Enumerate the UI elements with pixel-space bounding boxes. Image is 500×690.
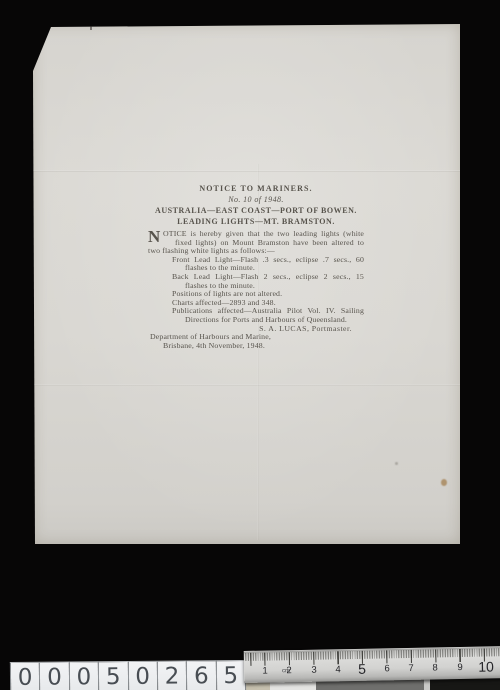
- fold-crease-horizontal-top: [33, 170, 460, 172]
- notice-region: AUSTRALIA—EAST COAST—PORT OF BOWEN.: [148, 205, 364, 216]
- catalog-digit: 0: [76, 664, 91, 690]
- paper-edge-mark: [90, 24, 92, 30]
- notice-title: NOTICE TO MARINERS.: [148, 183, 364, 194]
- catalog-digit-card: 2: [158, 660, 188, 690]
- catalog-digit: 2: [165, 663, 180, 689]
- catalog-digit: 6: [194, 663, 209, 689]
- catalog-digit: 0: [47, 664, 62, 690]
- ruler-number-4: 4: [335, 664, 340, 675]
- photo-background: NOTICE TO MARINERS. No. 10 of 1948. AUST…: [0, 0, 500, 690]
- notice-paragraph: N OTICE is hereby given that the two lea…: [148, 230, 364, 256]
- catalog-digit-card: 0: [70, 661, 100, 690]
- catalog-digit-card: 0: [128, 661, 158, 690]
- place-date-line: Brisbane, 4th November, 1948.: [148, 342, 364, 351]
- paper-spot: [395, 462, 398, 465]
- paragraph-line-3: two flashing white lights as follows:—: [148, 247, 364, 256]
- catalog-digit: 5: [223, 663, 238, 689]
- ruler-number-3: 3: [311, 665, 316, 676]
- ruler-number-1: 1: [262, 666, 267, 677]
- catalog-digit: 0: [135, 663, 150, 689]
- back-light-line-1: Back Lead Light—Flash 2 secs., eclipse 2…: [148, 273, 364, 282]
- dropcap-letter: N: [148, 228, 160, 245]
- notice-number: No. 10 of 1948.: [148, 194, 364, 205]
- catalog-digit-card: 0: [40, 661, 70, 690]
- catalog-digit-card: 6: [187, 660, 217, 690]
- catalog-number-strip: 0 0 0 5 0 2 6 5: [10, 660, 246, 690]
- measurement-ruler: cm 1 2 3 4 5 6 7 8 9 10: [244, 646, 500, 683]
- ruler-number-8: 8: [432, 662, 437, 673]
- ruler-number-2: 2: [286, 665, 291, 676]
- ruler-number-6: 6: [384, 663, 389, 674]
- catalog-digit-card: 5: [216, 660, 246, 690]
- front-light-line-1: Front Lead Light—Flash .3 secs., eclipse…: [148, 256, 364, 265]
- catalog-digit: 0: [18, 664, 33, 690]
- ruler-number-7: 7: [408, 663, 413, 674]
- notice-text-block: NOTICE TO MARINERS. No. 10 of 1948. AUST…: [148, 183, 364, 350]
- ruler-number-5: 5: [358, 661, 366, 677]
- paper-stain: [441, 479, 447, 486]
- catalog-digit-card: 5: [99, 661, 129, 690]
- notice-subject: LEADING LIGHTS—MT. BRAMSTON.: [148, 216, 364, 227]
- fold-crease-horizontal-bottom: [33, 384, 460, 386]
- ruler-number-10: 10: [478, 658, 494, 674]
- catalog-digit-card: 0: [10, 662, 41, 690]
- ruler-number-9: 9: [457, 662, 462, 673]
- catalog-digit: 5: [106, 664, 121, 690]
- document-sheet: NOTICE TO MARINERS. No. 10 of 1948. AUST…: [33, 24, 460, 544]
- calibration-patch-dark: [430, 679, 500, 690]
